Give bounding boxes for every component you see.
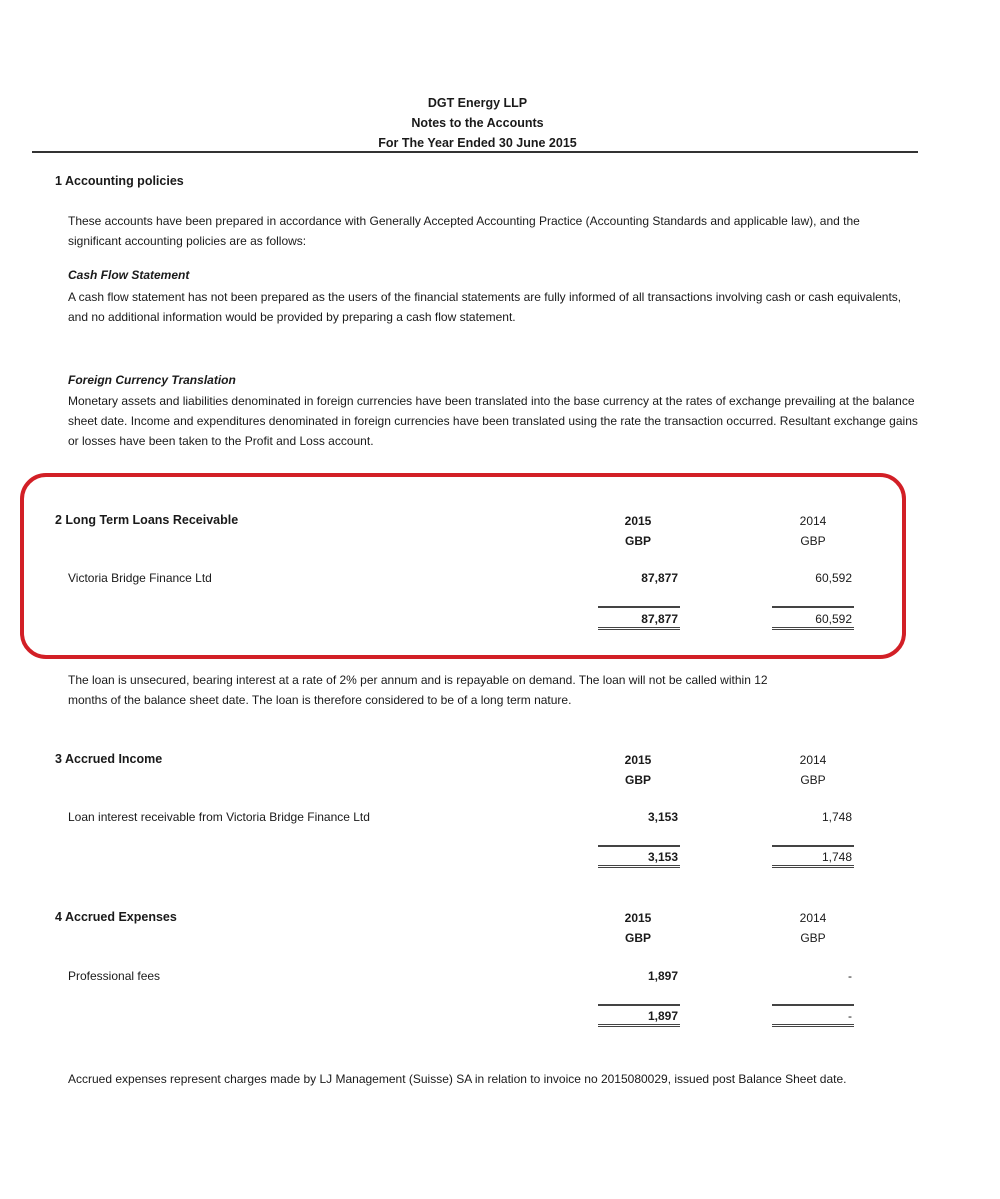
subtotal-rule — [598, 606, 680, 608]
note4-col-2015: 2015 GBP — [608, 908, 668, 948]
year-2015: 2015 — [608, 750, 668, 770]
currency-2014: GBP — [783, 928, 843, 948]
highlight-box — [20, 473, 906, 659]
note4-total-2014: - — [762, 1009, 852, 1023]
subtotal-rule — [772, 1004, 854, 1006]
note3-col-2014: 2014 GBP — [783, 750, 843, 790]
company-name: DGT Energy LLP — [0, 93, 955, 113]
currency-2015: GBP — [608, 531, 668, 551]
note2-row-2015: 87,877 — [588, 571, 678, 585]
note2-col-2014: 2014 GBP — [783, 511, 843, 551]
document-header: DGT Energy LLP Notes to the Accounts For… — [0, 93, 955, 153]
foreign-currency-title: Foreign Currency Translation — [68, 373, 236, 387]
subtotal-rule — [772, 845, 854, 847]
note4-row-2014: - — [762, 969, 852, 983]
note4-row-2015: 1,897 — [588, 969, 678, 983]
note3-row-label: Loan interest receivable from Victoria B… — [68, 810, 370, 824]
year-2015: 2015 — [608, 511, 668, 531]
note3-total-2015: 3,153 — [588, 850, 678, 864]
currency-2014: GBP — [783, 531, 843, 551]
year-2014: 2014 — [783, 750, 843, 770]
header-divider — [32, 151, 918, 153]
note4-heading: 4 Accrued Expenses — [55, 910, 177, 924]
cash-flow-title: Cash Flow Statement — [68, 268, 189, 282]
year-2014: 2014 — [783, 511, 843, 531]
note3-row-2014: 1,748 — [762, 810, 852, 824]
note2-total-2014: 60,592 — [762, 612, 852, 626]
note1-intro: These accounts have been prepared in acc… — [68, 211, 908, 251]
note4-total-2015: 1,897 — [588, 1009, 678, 1023]
total-double-rule — [598, 627, 680, 630]
total-double-rule — [598, 865, 680, 868]
note2-total-2015: 87,877 — [588, 612, 678, 626]
foreign-currency-text: Monetary assets and liabilities denomina… — [68, 391, 918, 451]
period-label: For The Year Ended 30 June 2015 — [0, 133, 955, 153]
total-double-rule — [772, 865, 854, 868]
note4-col-2014: 2014 GBP — [783, 908, 843, 948]
currency-2015: GBP — [608, 770, 668, 790]
document-title: Notes to the Accounts — [0, 113, 955, 133]
cash-flow-text: A cash flow statement has not been prepa… — [68, 287, 913, 327]
total-double-rule — [772, 1024, 854, 1027]
note2-row-2014: 60,592 — [762, 571, 852, 585]
note3-row-2015: 3,153 — [588, 810, 678, 824]
note1-heading: 1 Accounting policies — [55, 174, 184, 188]
total-double-rule — [772, 627, 854, 630]
note3-heading: 3 Accrued Income — [55, 752, 162, 766]
year-2014: 2014 — [783, 908, 843, 928]
note4-footnote: Accrued expenses represent charges made … — [68, 1069, 898, 1089]
subtotal-rule — [598, 1004, 680, 1006]
subtotal-rule — [598, 845, 680, 847]
note4-row-label: Professional fees — [68, 969, 160, 983]
note2-footnote: The loan is unsecured, bearing interest … — [68, 670, 788, 710]
total-double-rule — [598, 1024, 680, 1027]
note3-total-2014: 1,748 — [762, 850, 852, 864]
currency-2014: GBP — [783, 770, 843, 790]
subtotal-rule — [772, 606, 854, 608]
year-2015: 2015 — [608, 908, 668, 928]
currency-2015: GBP — [608, 928, 668, 948]
note2-row-label: Victoria Bridge Finance Ltd — [68, 571, 212, 585]
note3-col-2015: 2015 GBP — [608, 750, 668, 790]
note2-heading: 2 Long Term Loans Receivable — [55, 513, 238, 527]
note2-col-2015: 2015 GBP — [608, 511, 668, 551]
